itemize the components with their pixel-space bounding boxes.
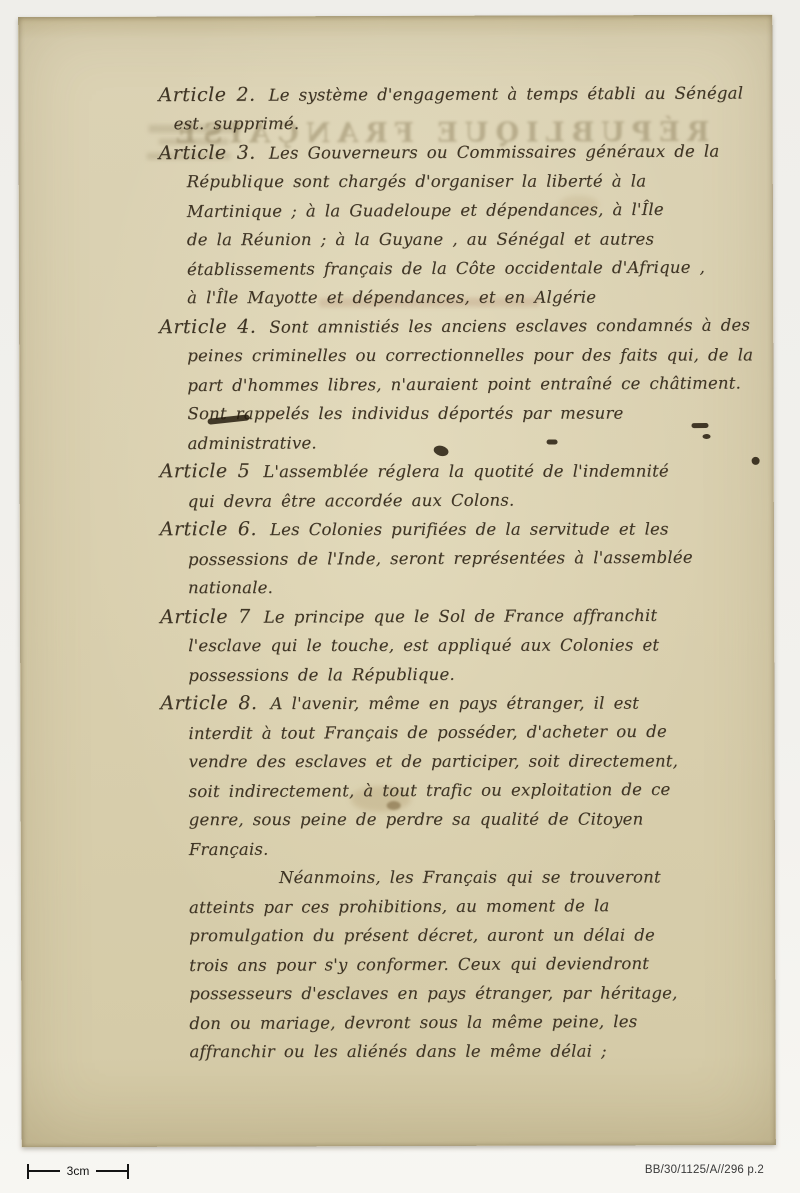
manuscript-line-text: don ou mariage, devront sous la même pei… xyxy=(189,1012,637,1033)
manuscript-line: nationale. xyxy=(188,572,744,602)
manuscript-line: don ou mariage, devront sous la même pei… xyxy=(189,1007,745,1039)
article-label: Article 6. xyxy=(160,518,257,540)
scale-bar-label: 3cm xyxy=(60,1164,97,1178)
manuscript-line: établissements français de la Côte occid… xyxy=(187,253,743,285)
manuscript-line-text: possesseurs d'esclaves en pays étranger,… xyxy=(189,983,677,1003)
manuscript-line-text: vendre des esclaves et de participer, so… xyxy=(189,751,679,771)
manuscript-line: affranchir ou les aliénés dans le même d… xyxy=(189,1036,745,1066)
manuscript-line-text: administrative. xyxy=(188,433,317,453)
manuscript-line: à l'Île Mayotte et dépendances, et en Al… xyxy=(187,282,743,312)
article-label: Article 5 xyxy=(160,460,251,482)
manuscript-line-text: qui devra être accordée aux Colons. xyxy=(188,491,515,511)
manuscript-line: possessions de l'Inde, seront représenté… xyxy=(188,543,744,575)
manuscript-line-text: interdit à tout Français de posséder, d'… xyxy=(188,722,666,743)
manuscript-line: genre, sous peine de perdre sa qualité d… xyxy=(189,804,745,834)
manuscript-line: Article 3.Les Gouverneurs ou Commissaire… xyxy=(159,137,743,169)
manuscript-line-text: genre, sous peine de perdre sa qualité d… xyxy=(189,810,644,830)
ink-blot xyxy=(547,439,558,444)
article-label: Article 8. xyxy=(160,692,257,714)
manuscript-line-text: à l'Île Mayotte et dépendances, et en Al… xyxy=(187,288,596,308)
manuscript-line: part d'hommes libres, n'auraient point e… xyxy=(187,369,743,401)
scale-bar: 3cm xyxy=(27,1162,129,1180)
manuscript-line: peines criminelles ou correctionnelles p… xyxy=(187,340,743,370)
ink-blot xyxy=(692,423,709,428)
manuscript-line: est. supprimé. xyxy=(174,108,743,138)
manuscript-line-text: Le principe que le Sol de France affranc… xyxy=(264,606,658,627)
article-label: Article 3. xyxy=(159,142,256,164)
manuscript-text: Article 2.Le système d'engagement à temp… xyxy=(18,15,775,1067)
manuscript-line-text: Martinique ; à la Guadeloupe et dépendan… xyxy=(187,200,664,221)
article-label: Article 2. xyxy=(158,84,255,106)
manuscript-line: promulgation du présent décret, auront u… xyxy=(189,920,745,950)
manuscript-line-text: soit indirectement, à tout trafic ou exp… xyxy=(189,780,671,801)
manuscript-line: atteints par ces prohibitions, au moment… xyxy=(189,891,745,923)
manuscript-line-text: Français. xyxy=(189,840,269,859)
ink-blot xyxy=(703,434,711,439)
manuscript-line-text: Le système d'engagement à temps établi a… xyxy=(269,84,744,105)
article-label: Article 7 xyxy=(160,606,251,628)
manuscript-line: Article 4.Sont amnistiés les anciens esc… xyxy=(159,311,743,343)
manuscript-line-text: l'esclave qui le touche, est appliqué au… xyxy=(188,636,659,656)
manuscript-line: Article 6.Les Colonies purifiées de la s… xyxy=(160,514,744,544)
manuscript-line: soit indirectement, à tout trafic ou exp… xyxy=(189,775,745,807)
manuscript-line-text: peines criminelles ou correctionnelles p… xyxy=(187,345,753,365)
manuscript-line-text: République sont chargés d'organiser la l… xyxy=(187,172,647,192)
ink-smudge xyxy=(387,801,401,810)
manuscript-line: Sont rappelés les individus déportés par… xyxy=(187,398,743,428)
manuscript-line-text: de la Réunion ; à la Guyane , au Sénégal… xyxy=(187,230,654,250)
manuscript-line: Article 8.A l'avenir, même en pays étran… xyxy=(160,688,744,718)
manuscript-line-text: possessions de l'Inde, seront représenté… xyxy=(188,548,693,569)
manuscript-line-text: L'assemblée réglera la quotité de l'inde… xyxy=(263,462,669,482)
manuscript-line-text: Sont amnistiés les anciens esclaves cond… xyxy=(269,315,750,336)
manuscript-line-text: établissements français de la Côte occid… xyxy=(187,258,705,279)
manuscript-line-text: est. supprimé. xyxy=(174,114,300,133)
manuscript-line: vendre des esclaves et de participer, so… xyxy=(189,746,745,776)
manuscript-line: Article 5L'assemblée réglera la quotité … xyxy=(160,456,744,486)
manuscript-line-text: part d'hommes libres, n'auraient point e… xyxy=(187,374,741,396)
manuscript-line-text: Les Gouverneurs ou Commissaires généraux… xyxy=(269,142,720,163)
scale-bar-tick xyxy=(127,1164,129,1179)
document-scan: RÉPUBLIQUE FRANÇAISE Article 2.Le systèm… xyxy=(0,0,800,1193)
manuscript-line: possessions de la République. xyxy=(188,659,744,691)
manuscript-page: RÉPUBLIQUE FRANÇAISE Article 2.Le systèm… xyxy=(18,15,776,1147)
manuscript-line-text: trois ans pour s'y conformer. Ceux qui d… xyxy=(189,954,649,975)
manuscript-line-text: promulgation du présent décret, auront u… xyxy=(189,926,655,946)
manuscript-line: Martinique ; à la Guadeloupe et dépendan… xyxy=(187,195,743,227)
manuscript-line-text: possessions de la République. xyxy=(188,665,455,685)
manuscript-line: de la Réunion ; à la Guyane , au Sénégal… xyxy=(187,224,743,254)
scale-bar-line xyxy=(96,1170,127,1172)
manuscript-line: Article 2.Le système d'engagement à temp… xyxy=(158,79,742,111)
manuscript-line-text: A l'avenir, même en pays étranger, il es… xyxy=(271,694,640,714)
manuscript-line: trois ans pour s'y conformer. Ceux qui d… xyxy=(189,949,745,981)
manuscript-line-text: affranchir ou les aliénés dans le même d… xyxy=(189,1042,606,1062)
manuscript-line-text: Néanmoins, les Français qui se trouveron… xyxy=(279,867,661,887)
manuscript-line: qui devra être accordée aux Colons. xyxy=(188,485,744,517)
manuscript-line: République sont chargés d'organiser la l… xyxy=(187,166,743,196)
archive-reference: BB/30/1125/A//296 p.2 xyxy=(645,1164,764,1176)
scale-bar-line xyxy=(29,1170,60,1172)
manuscript-line: possesseurs d'esclaves en pays étranger,… xyxy=(189,978,745,1008)
manuscript-line: Français. xyxy=(189,833,745,865)
manuscript-line: interdit à tout Français de posséder, d'… xyxy=(188,717,744,749)
manuscript-line: Néanmoins, les Français qui se trouveron… xyxy=(279,862,745,892)
manuscript-line: administrative. xyxy=(188,427,744,459)
manuscript-line-text: Les Colonies purifiées de la servitude e… xyxy=(270,520,669,540)
manuscript-line: Article 7Le principe que le Sol de Franc… xyxy=(160,601,744,633)
manuscript-line: l'esclave qui le touche, est appliqué au… xyxy=(188,630,744,660)
article-label: Article 4. xyxy=(159,316,256,338)
manuscript-line-text: nationale. xyxy=(188,578,273,597)
manuscript-line-text: atteints par ces prohibitions, au moment… xyxy=(189,896,610,917)
manuscript-line-text: Sont rappelés les individus déportés par… xyxy=(187,404,623,424)
ink-blot xyxy=(752,457,760,465)
